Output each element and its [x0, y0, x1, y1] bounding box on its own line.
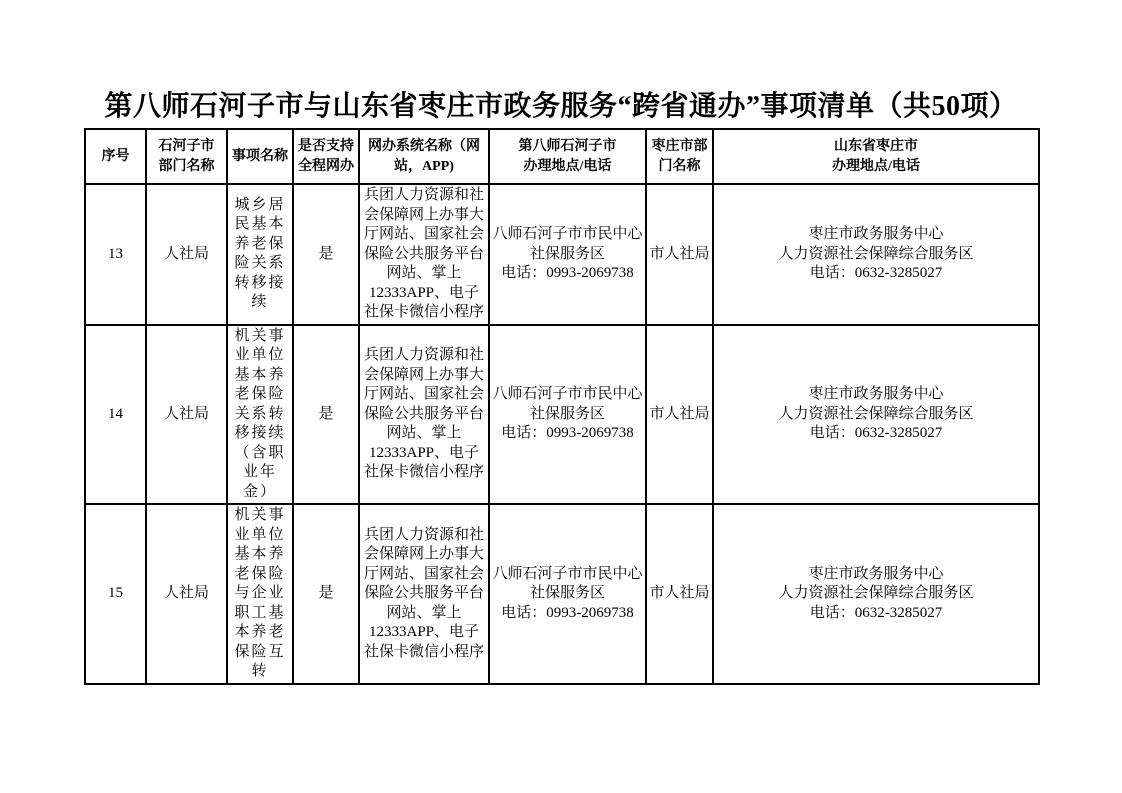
table-row: 13 人社局 城乡居民基本养老保险关系转移接续 是 兵团人力资源和社会保障网上办…	[85, 184, 1039, 325]
cell-zaozhuang-dept: 市人社局	[646, 184, 713, 325]
header-zaozhuang-dept: 枣庄市部 门名称	[646, 129, 713, 184]
cell-seq: 15	[85, 504, 146, 684]
cell-zaozhuang-dept: 市人社局	[646, 325, 713, 505]
header-shihezi-location: 第八师石河子市 办理地点/电话	[489, 129, 646, 184]
cell-full-online: 是	[293, 325, 359, 505]
cell-full-online: 是	[293, 504, 359, 684]
cell-shihezi-location: 八师石河子市市民中心 社保服务区 电话：0993-2069738	[489, 184, 646, 325]
cell-online-system: 兵团人力资源和社会保障网上办事大厅网站、国家社会保险公共服务平台网站、掌上123…	[359, 184, 489, 325]
cell-zaozhuang-location: 枣庄市政务服务中心 人力资源社会保障综合服务区 电话：0632-3285027	[713, 504, 1039, 684]
cell-online-system: 兵团人力资源和社会保障网上办事大厅网站、国家社会保险公共服务平台网站、掌上123…	[359, 325, 489, 505]
header-row: 序号 石河子市 部门名称 事项名称 是否支持 全程网办 网办系统名称（网 站，A…	[85, 129, 1039, 184]
cell-seq: 13	[85, 184, 146, 325]
header-seq: 序号	[85, 129, 146, 184]
header-zaozhuang-location: 山东省枣庄市 办理地点/电话	[713, 129, 1039, 184]
cell-zaozhuang-location: 枣庄市政务服务中心 人力资源社会保障综合服务区 电话：0632-3285027	[713, 184, 1039, 325]
header-full-online: 是否支持 全程网办	[293, 129, 359, 184]
page-title: 第八师石河子市与山东省枣庄市政务服务“跨省通办”事项清单（共50项）	[0, 84, 1122, 124]
table-row: 14 人社局 机关事业单位基本养老保险关系转移接续（含职业年金） 是 兵团人力资…	[85, 325, 1039, 505]
document-page: 第八师石河子市与山东省枣庄市政务服务“跨省通办”事项清单（共50项） 序号 石河…	[0, 0, 1122, 793]
cell-shihezi-location: 八师石河子市市民中心 社保服务区 电话：0993-2069738	[489, 325, 646, 505]
cell-full-online: 是	[293, 184, 359, 325]
cell-zaozhuang-dept: 市人社局	[646, 504, 713, 684]
header-shihezi-dept: 石河子市 部门名称	[146, 129, 227, 184]
cell-item-name: 机关事业单位基本养老保险关系转移接续（含职业年金）	[227, 325, 293, 505]
cell-zaozhuang-location: 枣庄市政务服务中心 人力资源社会保障综合服务区 电话：0632-3285027	[713, 325, 1039, 505]
cell-shihezi-location: 八师石河子市市民中心 社保服务区 电话：0993-2069738	[489, 504, 646, 684]
items-table: 序号 石河子市 部门名称 事项名称 是否支持 全程网办 网办系统名称（网 站，A…	[84, 128, 1040, 685]
cell-shihezi-dept: 人社局	[146, 325, 227, 505]
cell-seq: 14	[85, 325, 146, 505]
cell-item-name: 城乡居民基本养老保险关系转移接续	[227, 184, 293, 325]
table-row: 15 人社局 机关事业单位基本养老保险与企业职工基本养老保险互转 是 兵团人力资…	[85, 504, 1039, 684]
header-online-system: 网办系统名称（网 站，APP)	[359, 129, 489, 184]
header-item-name: 事项名称	[227, 129, 293, 184]
cell-shihezi-dept: 人社局	[146, 184, 227, 325]
cell-online-system: 兵团人力资源和社会保障网上办事大厅网站、国家社会保险公共服务平台网站、掌上123…	[359, 504, 489, 684]
cell-shihezi-dept: 人社局	[146, 504, 227, 684]
cell-item-name: 机关事业单位基本养老保险与企业职工基本养老保险互转	[227, 504, 293, 684]
